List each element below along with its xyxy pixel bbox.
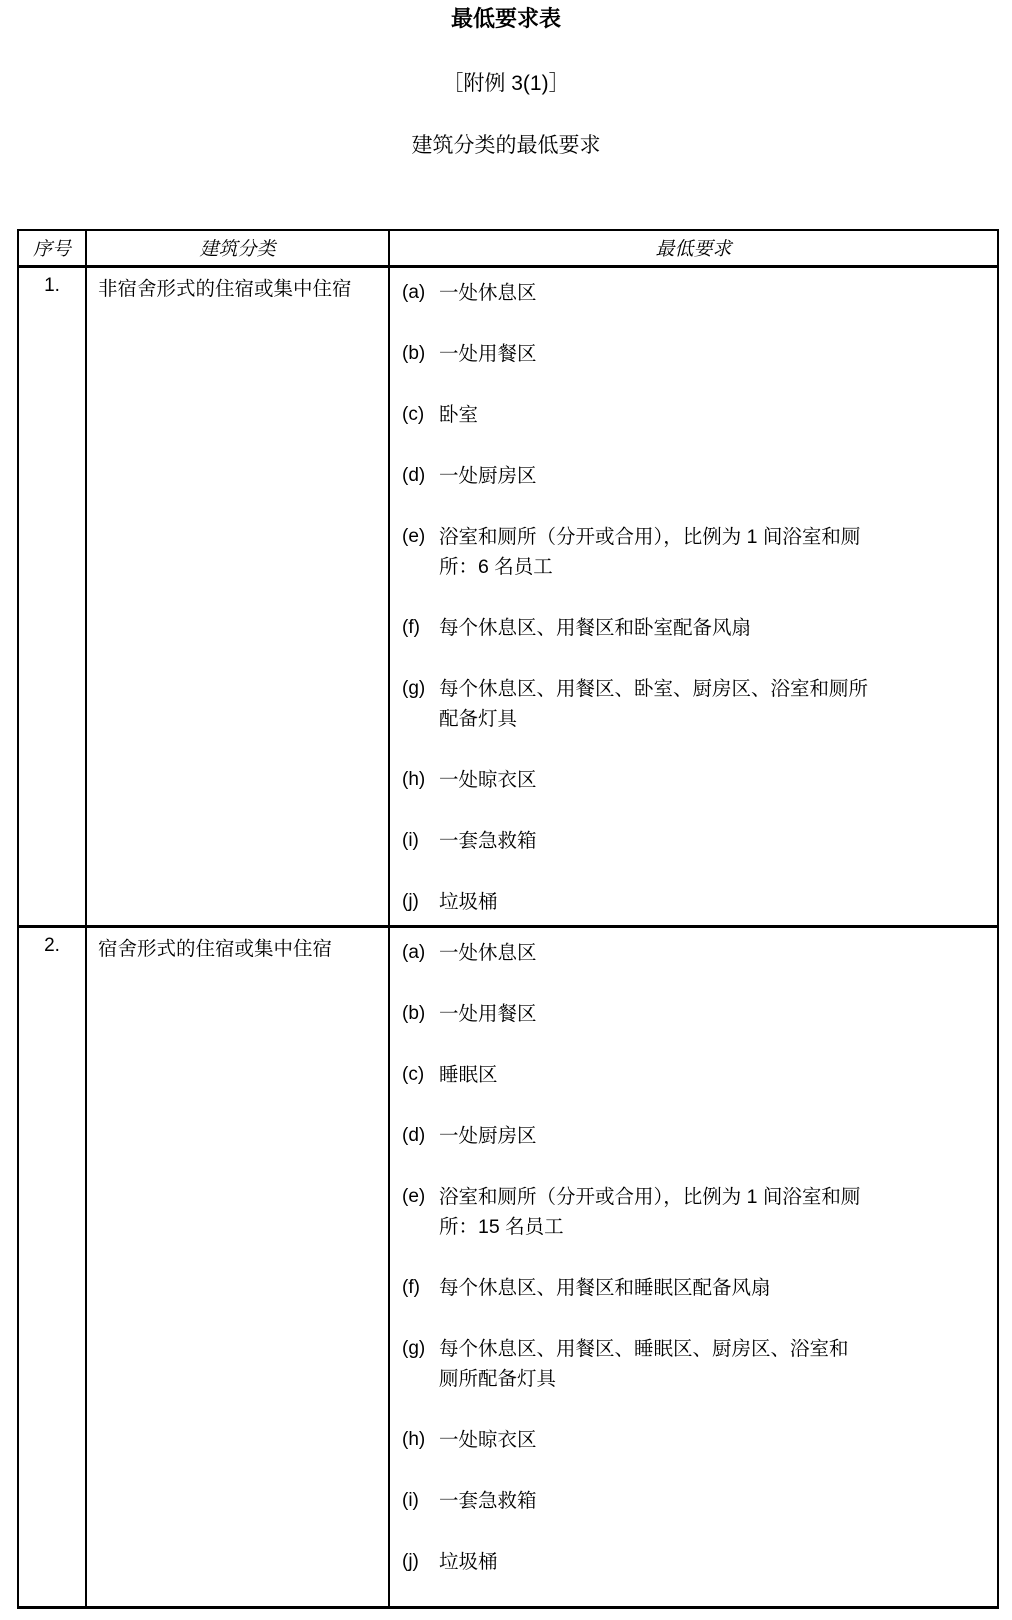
list-item: (i)一套急救箱 [402, 1486, 987, 1516]
row-number: 2. [18, 926, 86, 1607]
item-text: 每个休息区、用餐区、卧室、厨房区、浴室和厕所 配备灯具 [439, 674, 987, 734]
list-item: (i)一套急救箱 [402, 826, 987, 856]
item-text: 卧室 [439, 400, 987, 430]
section-heading: 建筑分类的最低要求 [0, 131, 1012, 161]
item-text: 一处厨房区 [439, 1121, 987, 1151]
item-label: (d) [402, 461, 439, 491]
item-text: 浴室和厕所（分开或合用），比例为 1 间浴室和厕 所：15 名员工 [439, 1182, 987, 1242]
item-label: (j) [402, 887, 439, 917]
item-label: (c) [402, 1060, 439, 1090]
requirements-table: 序号 建筑分类 最低要求 1. 非宿舍形式的住宿或集中住宿 (a)一处休息区 (… [17, 229, 999, 1609]
item-text: 每个休息区、用餐区和卧室配备风扇 [439, 613, 987, 643]
document-title: 最低要求表 [0, 0, 1012, 34]
item-text: 一处晾衣区 [439, 1425, 987, 1455]
item-text: 每个休息区、用餐区、睡眠区、厨房区、浴室和 厕所配备灯具 [439, 1334, 987, 1394]
item-label: (f) [402, 613, 439, 643]
item-text: 一处用餐区 [439, 999, 987, 1029]
table-header-row: 序号 建筑分类 最低要求 [18, 230, 998, 266]
item-label: (c) [402, 400, 439, 430]
list-item: (c)卧室 [402, 400, 987, 430]
item-label: (g) [402, 674, 439, 704]
item-label: (j) [402, 1547, 439, 1577]
list-item: (g)每个休息区、用餐区、睡眠区、厨房区、浴室和 厕所配备灯具 [402, 1334, 987, 1394]
building-classification: 宿舍形式的住宿或集中住宿 [86, 926, 389, 1607]
item-label: (g) [402, 1334, 439, 1364]
item-label: (h) [402, 765, 439, 795]
list-item: (e)浴室和厕所（分开或合用），比例为 1 间浴室和厕 所：15 名员工 [402, 1182, 987, 1242]
document-page: 最低要求表 ［附例 3(1)］ 建筑分类的最低要求 序号 建筑分类 最低要求 1… [0, 0, 1012, 1620]
item-text: 一处休息区 [439, 938, 987, 968]
list-item: (a)一处休息区 [402, 938, 987, 968]
item-label: (b) [402, 999, 439, 1029]
column-header-requirements: 最低要求 [389, 230, 998, 266]
list-item: (j)垃圾桶 [402, 1547, 987, 1577]
item-text: 垃圾桶 [439, 887, 987, 917]
item-label: (d) [402, 1121, 439, 1151]
item-label: (a) [402, 278, 439, 308]
column-header-no: 序号 [18, 230, 86, 266]
item-label: (e) [402, 1182, 439, 1212]
table-row: 1. 非宿舍形式的住宿或集中住宿 (a)一处休息区 (b)一处用餐区 (c)卧室… [18, 266, 998, 926]
list-item: (c)睡眠区 [402, 1060, 987, 1090]
list-item: (j)垃圾桶 [402, 887, 987, 917]
item-text: 一处晾衣区 [439, 765, 987, 795]
requirements-list: (a)一处休息区 (b)一处用餐区 (c)睡眠区 (d)一处厨房区 (e)浴室和… [389, 926, 998, 1607]
requirements-list: (a)一处休息区 (b)一处用餐区 (c)卧室 (d)一处厨房区 (e)浴室和厕… [389, 266, 998, 926]
building-classification: 非宿舍形式的住宿或集中住宿 [86, 266, 389, 926]
item-label: (a) [402, 938, 439, 968]
list-item: (f)每个休息区、用餐区和睡眠区配备风扇 [402, 1273, 987, 1303]
table-row: 2. 宿舍形式的住宿或集中住宿 (a)一处休息区 (b)一处用餐区 (c)睡眠区… [18, 926, 998, 1607]
list-item: (d)一处厨房区 [402, 1121, 987, 1151]
item-label: (f) [402, 1273, 439, 1303]
item-label: (i) [402, 826, 439, 856]
list-item: (a)一处休息区 [402, 278, 987, 308]
list-item: (h)一处晾衣区 [402, 1425, 987, 1455]
column-header-classification: 建筑分类 [86, 230, 389, 266]
item-text: 一套急救箱 [439, 1486, 987, 1516]
list-item: (h)一处晾衣区 [402, 765, 987, 795]
list-item: (b)一处用餐区 [402, 999, 987, 1029]
item-text: 一处厨房区 [439, 461, 987, 491]
list-item: (g)每个休息区、用餐区、卧室、厨房区、浴室和厕所 配备灯具 [402, 674, 987, 734]
list-item: (b)一处用餐区 [402, 339, 987, 369]
item-text: 浴室和厕所（分开或合用），比例为 1 间浴室和厕 所：6 名员工 [439, 522, 987, 582]
item-text: 每个休息区、用餐区和睡眠区配备风扇 [439, 1273, 987, 1303]
item-label: (b) [402, 339, 439, 369]
schedule-reference: ［附例 3(1)］ [0, 68, 1012, 100]
item-text: 垃圾桶 [439, 1547, 987, 1577]
item-label: (h) [402, 1425, 439, 1455]
item-text: 睡眠区 [439, 1060, 987, 1090]
row-number: 1. [18, 266, 86, 926]
item-label: (e) [402, 522, 439, 552]
list-item: (f)每个休息区、用餐区和卧室配备风扇 [402, 613, 987, 643]
item-text: 一处用餐区 [439, 339, 987, 369]
item-label: (i) [402, 1486, 439, 1516]
item-text: 一处休息区 [439, 278, 987, 308]
item-text: 一套急救箱 [439, 826, 987, 856]
list-item: (d)一处厨房区 [402, 461, 987, 491]
list-item: (e)浴室和厕所（分开或合用），比例为 1 间浴室和厕 所：6 名员工 [402, 522, 987, 582]
